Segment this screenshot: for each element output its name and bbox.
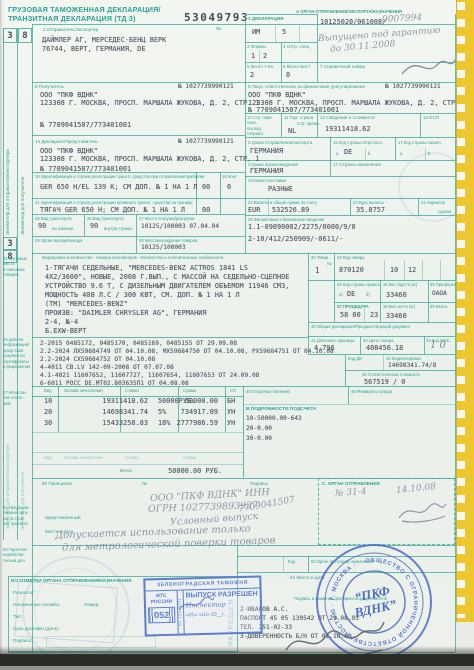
field35-label: 35 Вес брутто (кг)	[383, 282, 417, 287]
f44m-1: информация/	[3, 342, 29, 347]
stamp-inspector-signature	[176, 593, 217, 616]
field33-v1: 870120	[339, 266, 364, 274]
field32-value: 1	[315, 266, 320, 275]
field30-value: 10125/100003	[141, 244, 186, 251]
pay-r3-base: 15433258.83	[58, 419, 148, 427]
field41-label: 41 Дополнит. единицы	[311, 338, 355, 343]
bottom-fade	[0, 646, 474, 654]
stamp-org2: РОССИИ	[151, 599, 173, 606]
field20-label: Условия поставки	[248, 178, 286, 184]
bottom-dark-band	[0, 654, 474, 666]
field25-value: 90	[38, 222, 46, 230]
field26-sub: внутри страны	[104, 226, 132, 231]
field14-line2: 123308 Г. МОСКВА, ПРОСП. МАРШАЛА ЖУКОВА,…	[40, 155, 260, 163]
field3-v1: 1	[251, 52, 255, 60]
field8-line1: ООО "ПКФ ВДНК"	[40, 91, 98, 99]
field37-v1: 58 00	[340, 311, 361, 319]
field10-l4: отправл.	[247, 131, 264, 136]
field52-margin-label: 52 Гарантия недействи- тельна для	[3, 547, 27, 563]
goods-desc-line2: 4X2/3600", НОВЫЕ, 2008 Г.ВЫП., С МАССОЙ …	[45, 273, 289, 281]
pay2-header-vid: Вид	[44, 455, 52, 460]
field16-value: ГЕРМАНИЯ	[250, 167, 283, 175]
goods-desc-line7: 2-4, №-4	[45, 318, 78, 326]
field3-label: 3 Формы	[247, 44, 266, 50]
pay-total-label: Всего	[120, 468, 132, 474]
field8-label: 8 Получатель	[35, 84, 64, 90]
goods-desc-line1: 1-ТЯГАЧИ СЕДЕЛЬНЫЕ, "MERCEDES-BENZ ACTRO…	[45, 264, 248, 272]
field45-value: 14698341.74/8	[388, 362, 436, 369]
field53-kod: Код	[288, 559, 295, 564]
fieldA-office-code: 10125020/061008/	[320, 18, 386, 26]
field8-line2: 123308 Г. МОСКВА, ПРОСП. МАРШАЛА ЖУКОВА,…	[40, 99, 260, 107]
pay2-header-base: Основа начисления	[64, 455, 103, 460]
field19-value: 0	[227, 183, 231, 191]
field34-value: DE	[347, 290, 355, 298]
f51m-3: на) транзита	[3, 521, 28, 526]
f31m-0: 31 Грузовые	[3, 256, 27, 261]
field22-amount: 532526.89	[272, 206, 309, 214]
field15k-label: 15 Код страны отпр./эксп.	[333, 140, 383, 145]
field10-l3: послед.	[247, 126, 262, 131]
pay2-header-rate: Ставка	[125, 455, 139, 460]
field5-value: 2	[250, 71, 254, 79]
field32-label: 32 Товар	[311, 255, 328, 260]
form-title-line2: ТРАНЗИТНАЯ ДЕКЛАРАЦИЯ (ТД 3)	[8, 14, 161, 23]
field9-reg-number: № 1027739990121	[385, 83, 441, 90]
fieldC-signature	[396, 498, 448, 524]
f47m-0: 47 Исчисле-	[3, 390, 27, 395]
stamp-release-block: ВЫПУСК РАЗРЕШЕН Инспектор «01» «10» 20__…	[183, 589, 260, 634]
field28-line2: 2-10/412/250909/-0611/-	[248, 235, 343, 243]
field2-label: 2 Отправитель/Экспортер	[43, 27, 98, 33]
f44m-0: 44 Дополн.	[3, 337, 24, 342]
field39-label: 39 Квота	[430, 304, 447, 309]
field50-label: 50 Принципал	[42, 481, 72, 487]
pay-r1-base: 19311418.62	[58, 397, 148, 405]
customs-release-stamp: ЗЕЛЕНОГРАДСКАЯ ТАМОЖНЯ ФТСРОССИИ 052 ПТ …	[143, 575, 262, 636]
field33-v2: 10	[390, 266, 398, 274]
field43-handwritten: 1 0	[430, 340, 446, 351]
pay-r2-sum: 734917.09	[150, 408, 218, 416]
field1-code: 5	[282, 28, 286, 36]
field2-line2: 76744, ВЕРТ, ГЕРМАНИЯ, DE	[42, 45, 146, 53]
field15k-b: b	[368, 151, 370, 156]
pay2-header-sum: Сумма	[183, 455, 196, 460]
scanned-customs-declaration: ГРУЗОВАЯ ТАМОЖЕННАЯ ДЕКЛАРАЦИЯ/ ТРАНЗИТН…	[0, 0, 474, 670]
pay-r1-sp: БН	[227, 397, 235, 405]
field48-label: 48 Отсрочка платежей	[246, 389, 290, 394]
field45-label: 45 Корректировка	[386, 356, 421, 361]
stamp-code: 052	[154, 608, 169, 622]
fieldC-label: C. ОРГАН ОТПРАВЛЕНИЯ	[322, 481, 380, 487]
field42-value: 408456.18	[366, 344, 403, 352]
field51-margin-label: 51 Предпола- гаемые орга- ны (и стра- на…	[3, 505, 30, 527]
field14-reg-number: № 1027739990121	[178, 138, 234, 145]
pay-header-rate: Ставка	[125, 388, 139, 393]
doc-line1: 2-2015 0485172, 0485170, 0485169, 048515…	[40, 340, 237, 347]
pay-r2-sp: УН	[227, 408, 235, 416]
field22-label: 22 Валюта и общая сумма по счету	[248, 200, 317, 205]
f51m-1: гаемые орга-	[3, 510, 28, 515]
binding-strip	[456, 0, 474, 622]
field25-sub: на границе	[52, 226, 73, 231]
copy-strip-label-2: Экземпляр для получателя	[20, 50, 26, 235]
field19-label: 19 Конт.	[222, 174, 238, 179]
pay-header-base: Основа начисления	[64, 388, 103, 393]
fieldB-line3: 30-0.00	[246, 435, 272, 442]
field21-value: ТЯГАЧ GER 650 H; СМ ДОП. № 1 НА 1 Л	[40, 206, 185, 214]
field23-value: 35.8757	[356, 206, 385, 214]
f52m-0: 52 Гарантия	[3, 547, 27, 552]
field17k-a: а	[400, 151, 402, 156]
doc-line5: 4.1-4021 11607652, 11607727, 11607654, 1…	[40, 372, 259, 379]
binding-strip-notches	[457, 2, 465, 618]
field49-label: 49 Реквизиты склада	[351, 389, 392, 394]
pay-r3-sum: 2777986.59	[150, 419, 218, 427]
field11-value: NL	[288, 127, 296, 135]
field4-label: 4 Отгр. спец.	[283, 44, 311, 50]
pay-total-value: 50000.00 РУБ.	[140, 467, 222, 475]
field25-label: 25 Вид транспорта	[35, 216, 72, 221]
field9-line1: ООО "ПКФ ВДНК"	[248, 91, 306, 99]
f51m-0: 51 Предпола-	[3, 505, 30, 510]
field34-label: 34 Код страны происх.	[337, 282, 381, 287]
field13-label: 13 ЕСП	[423, 115, 439, 121]
field28-line1: 1.1-09090002/2275/0000/9/0	[248, 223, 356, 231]
form-title-line1: ГРУЗОВАЯ ТАМОЖЕННАЯ ДЕКЛАРАЦИЯ/	[8, 5, 161, 14]
form-title: ГРУЗОВАЯ ТАМОЖЕННАЯ ДЕКЛАРАЦИЯ/ ТРАНЗИТН…	[8, 5, 161, 24]
field18-value: GER 650 H/EL 139 K; СМ ДОП. № 1 НА 1 Л	[40, 183, 197, 191]
field6-label: 6 Всего мест	[283, 64, 310, 70]
field8-line3: № 7709041507/773401001	[40, 121, 131, 129]
field18-cell: 00	[202, 183, 210, 191]
field44-margin-label: 44 Дополн. информация/ представл. докуме…	[3, 337, 30, 370]
f31m-2: и описание	[3, 267, 25, 272]
goods-desc-line5: (ТМ) "MERCEDES-BENZ"	[45, 300, 128, 308]
f52m-2: тельна для	[3, 558, 25, 563]
fieldA-handwritten-number: 0007994	[382, 13, 423, 25]
field12-label: 12 Сведения о стоимости	[320, 115, 375, 121]
field15k-a: а	[336, 151, 338, 156]
pay-r2-vid: 20	[44, 408, 52, 416]
f44m-2: представл.	[3, 348, 24, 353]
field14-line1: ООО "ПКФ ВДНК"	[40, 147, 98, 155]
field6-value: 0	[286, 71, 290, 79]
field50-no: №	[142, 481, 147, 487]
field2-no-label: №	[216, 26, 221, 32]
field47-margin-label: 47 Исчисле- ние плате- жей	[3, 390, 27, 406]
field33-v3: 12	[408, 266, 416, 274]
field14-label: 14 Декларант/Представитель	[35, 139, 98, 145]
f31m-1: места	[3, 261, 15, 266]
bottom-table-edge	[0, 666, 474, 670]
f52m-1: недействи-	[3, 552, 25, 557]
copy-number-box-1: 3	[3, 28, 17, 43]
pay-r1-vid: 10	[44, 397, 52, 405]
field32-no: №	[327, 261, 332, 266]
copy-number-box-2: 8	[18, 28, 32, 43]
field17k-label: 17 Код страны назнач.	[398, 140, 442, 145]
f51m-2: ны (и стра-	[3, 516, 24, 521]
field27-value: 10125/100003 07.04.04	[141, 223, 219, 230]
field35-value: 33460	[386, 291, 407, 299]
f44m-3: документы/	[3, 353, 25, 358]
field50-sub1: представленный	[45, 515, 81, 521]
field40-label: 40 Общая декларация/Предшествующий докум…	[311, 324, 410, 329]
goods-desc-line3: УСТРОЙСТВО 9.6 Т, С ДИЗЕЛЬНЫМ ДВИГАТЕЛЕМ…	[45, 282, 289, 290]
doc-line4: 4-4011 СВ.LV 142-09-2008 ОТ 07.07.08	[40, 364, 174, 371]
field14-line3: № 7709041507/773401001	[40, 165, 131, 173]
field2-line1: ДАЙМЛЕР АГ, МЕРСЕДЕС-БЕНЦ ВЕРК	[42, 36, 166, 44]
field21-cell: 00	[202, 206, 210, 214]
field15-label: Страна отправления/экспорта	[248, 140, 312, 146]
ghost-rect-stamp	[14, 581, 118, 644]
field1-type: ИМ	[252, 28, 260, 36]
field34-a: а)	[339, 292, 343, 297]
fieldB-line1: 10-50000.00-643	[246, 415, 302, 422]
fieldA-signature	[398, 52, 458, 82]
field38-label: 38 Вес нетто (кг)	[383, 304, 415, 309]
field9-line3: № 7709041507/773401001	[248, 106, 339, 114]
pay-header-vid: Вид	[44, 388, 52, 393]
field36-value: ОАОА	[432, 290, 447, 297]
f47m-1: ние плате-	[3, 395, 24, 400]
stamp-barcode-right	[169, 608, 174, 622]
field46-label: 46 Статистическая стоимость	[362, 372, 420, 377]
doc-line3: 2.2-2024 СХ59684752 ОТ 04.10.08	[40, 356, 155, 363]
field33-label: 33 Код товара	[337, 255, 364, 260]
field11-label: 11 Торг. страна	[284, 115, 313, 120]
field29-label: 29 Орган въезда/выезда	[35, 238, 82, 243]
f31m-3: товаров	[3, 272, 19, 277]
copy-strip-label-1: Экземпляр для отправителя/экспортера	[5, 50, 11, 235]
copy-number-box-mid-1: 3	[3, 237, 17, 250]
field12-value: 19311418.62	[325, 125, 371, 133]
left-edge-shadow	[0, 0, 3, 670]
field10-l2: назн.	[247, 120, 257, 125]
field20-value: РАЗНЫЕ	[268, 185, 293, 193]
f44m-5: и разрешения	[3, 364, 30, 369]
field42-label: 42 Цена товара	[363, 338, 393, 343]
f47m-2: жей	[3, 401, 10, 406]
fieldB-line2: 20-0.00	[246, 425, 272, 432]
field7-label: 7 Справочный номер	[320, 64, 365, 70]
fieldA-label: А ОРГАН ОТПРАВЛЕНИЯ/ЭКСПОРТА/НАЗНАЧЕНИЯ	[296, 9, 402, 14]
field28-label: 28 Финансовые и банковские сведения	[248, 217, 324, 222]
doc-line2: 2.2-2024 ЛХ59684749 ОТ 04.10.08, МХ59684…	[40, 348, 334, 355]
pay-r2-base: 14698341.74	[58, 408, 148, 416]
field15-value: ГЕРМАНИЯ	[250, 147, 283, 155]
field11-sub: Стр. прежн.	[297, 121, 320, 126]
field26-label: 26 Вид транспорта	[87, 216, 124, 221]
field30-label: 30 Местонахождение товаров	[139, 238, 197, 243]
field46-value: 567519 / 0	[364, 378, 405, 386]
doc-line6: 6-6011 РОСС DE.МТ02.В03635П1 ОТ 04.08.08	[40, 380, 189, 387]
fieldB-label: В ПОДРОБНОСТИ ПОДСЧЕТА	[246, 407, 316, 413]
field18-label: 18 Идентификация и страна регистрации тр…	[35, 174, 204, 179]
pay-r3-sp: УН	[227, 419, 235, 427]
field22-currency: EUR	[248, 206, 260, 214]
field38-value: 33460	[386, 312, 407, 320]
stamp-fts-block: ФТСРОССИИ 052	[146, 591, 179, 635]
field23-label: 23 Курс валюты	[353, 200, 384, 205]
goods-desc-line8: Б.EXW-ВЕРТ	[45, 327, 86, 335]
field5-label: 5 Всего т-ов	[247, 64, 273, 70]
field26-value: 90	[90, 222, 98, 230]
goods-desc-line4: МОЩНОСТЬ 408 Л.С / 300 КВТ, СМ. ДОП. № 1…	[45, 291, 240, 299]
f44m-4: сертификаты	[3, 359, 29, 364]
field31-header: Маркировка и количество - Номера контейн…	[42, 255, 223, 260]
field21-label: 21 Идентификация и страна регистрации ак…	[35, 200, 193, 205]
field17-label: 17 Страна назначения	[333, 162, 381, 168]
field34-b: б)	[366, 292, 370, 297]
field1-label: 1 ДЕКЛАРАЦИЯ	[248, 16, 283, 22]
field10-l1: 10 Стр. перв.	[247, 115, 273, 120]
field31-margin-label: 31 Грузовые места и описание товаров	[3, 256, 27, 278]
field10-label: 10 Стр. перв. назн. послед. отправл.	[247, 115, 273, 137]
field3-v2: 2	[263, 52, 267, 60]
field15k-value: DE	[344, 148, 352, 156]
field9-label: 9 Лицо, ответственное за финансовое урег…	[248, 84, 365, 90]
pay-r1-sum: 50000.00	[150, 397, 218, 405]
field8-reg-number: № 1027739990121	[178, 83, 234, 90]
field37-v2: 23	[370, 311, 378, 319]
pay-header-sp: СП	[230, 388, 236, 393]
field27-label: 27 Место погрузки/разгрузки	[139, 216, 194, 221]
field45-kod-label: Код ДИ	[348, 356, 362, 361]
goods-desc-line6: ПРОИЗВ: "DAIMLER CHRYSLER AG", ГЕРМАНИЯ	[45, 309, 207, 317]
pay-header-sum: Сумма	[183, 388, 196, 393]
form-serial-number: 53049793	[184, 11, 249, 24]
pay-r3-vid: 30	[44, 419, 52, 427]
